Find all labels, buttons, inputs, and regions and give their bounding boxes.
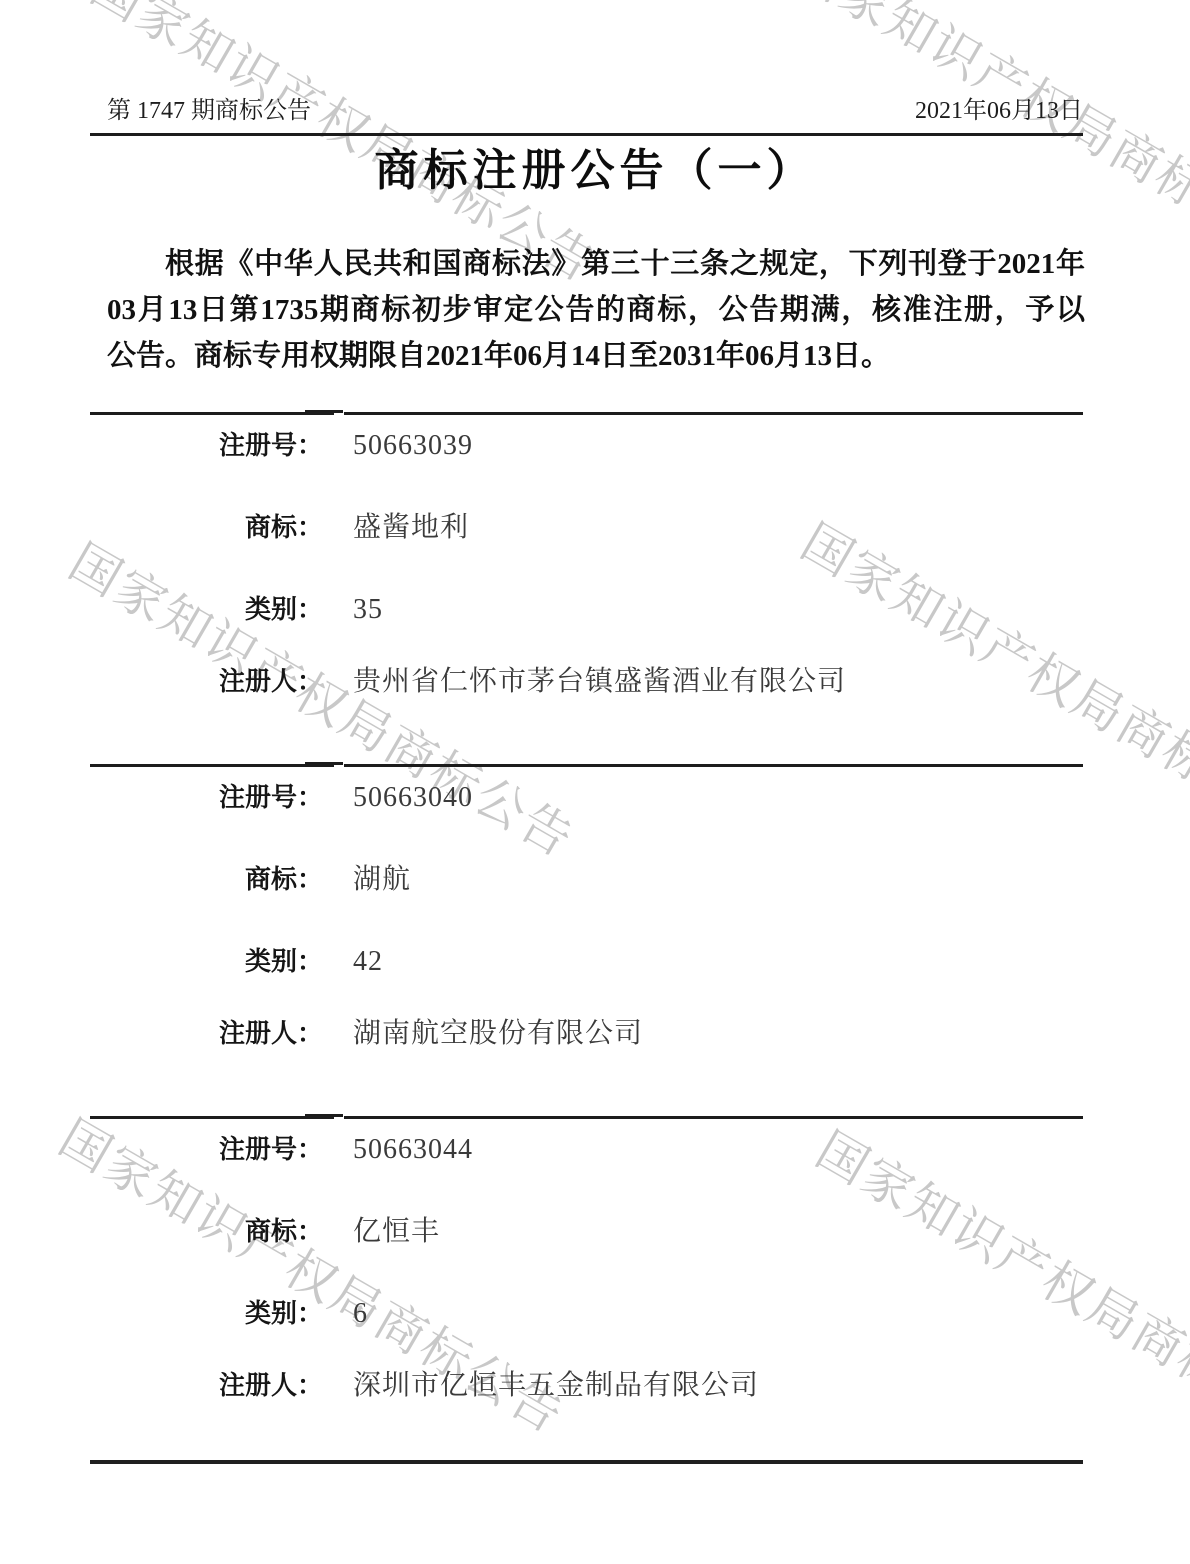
reg-no-label: 注册号： <box>90 1135 323 1165</box>
registrant-value: 贵州省仁怀市茅台镇盛酱酒业有限公司 <box>353 667 846 697</box>
trademark-label: 商标： <box>90 1217 323 1247</box>
field-row: 注册人： 深圳市亿恒丰五金制品有限公司 <box>0 1371 1190 1407</box>
field-row: 注册号： 50663040 <box>0 783 1190 819</box>
class-value: 35 <box>353 595 383 625</box>
trademark-entry: 注册号： 50663040 商标： 湖航 类别： 42 注册人： 湖南航空股份有… <box>0 783 1190 1083</box>
reg-no-value: 50663044 <box>353 1135 473 1165</box>
registrant-label: 注册人： <box>90 1371 323 1401</box>
registrant-value: 深圳市亿恒丰五金制品有限公司 <box>353 1371 759 1401</box>
registrant-label: 注册人： <box>90 667 323 697</box>
class-value: 6 <box>353 1299 368 1329</box>
class-label: 类别： <box>90 595 323 625</box>
reg-no-value: 50663039 <box>353 431 473 461</box>
trademark-label: 商标： <box>90 865 323 895</box>
reg-no-value: 50663040 <box>353 783 473 813</box>
gazette-page: 国家知识产权局商标公告 国家知识产权局商标公告 国家知识产权局商标公告 国家知识… <box>0 0 1190 1564</box>
announcement-paragraph: 根据《中华人民共和国商标法》第三十三条之规定，下列刊登于2021年 03月13日… <box>107 241 1085 379</box>
paragraph-line: 03月13日第1735期商标初步审定公告的商标，公告期满，核准注册，予以 <box>107 287 1085 333</box>
reg-no-label: 注册号： <box>90 783 323 813</box>
class-value: 42 <box>353 947 383 977</box>
field-row: 注册号： 50663039 <box>0 431 1190 467</box>
trademark-value: 亿恒丰 <box>353 1217 440 1247</box>
header-rule <box>90 133 1083 136</box>
registrant-label: 注册人： <box>90 1019 323 1049</box>
header-issue-label: 第 1747 期商标公告 <box>107 96 311 126</box>
page-content: 第 1747 期商标公告 2021年06月13日 商标注册公告（一） 根据《中华… <box>0 0 1190 1564</box>
reg-no-label: 注册号： <box>90 431 323 461</box>
paragraph-line: 根据《中华人民共和国商标法》第三十三条之规定，下列刊登于2021年 <box>107 241 1085 287</box>
field-row: 商标： 亿恒丰 <box>0 1217 1190 1253</box>
trademark-label: 商标： <box>90 513 323 543</box>
entry-separator <box>90 764 1083 767</box>
class-label: 类别： <box>90 1299 323 1329</box>
trademark-value: 湖航 <box>353 865 411 895</box>
header-date: 2021年06月13日 <box>915 96 1083 126</box>
field-row: 类别： 42 <box>0 947 1190 983</box>
field-row: 注册人： 湖南航空股份有限公司 <box>0 1019 1190 1055</box>
trademark-entry: 注册号： 50663044 商标： 亿恒丰 类别： 6 注册人： 深圳市亿恒丰五… <box>0 1135 1190 1435</box>
page-title: 商标注册公告（一） <box>0 145 1190 197</box>
field-row: 类别： 35 <box>0 595 1190 631</box>
field-row: 注册人： 贵州省仁怀市茅台镇盛酱酒业有限公司 <box>0 667 1190 703</box>
registrant-value: 湖南航空股份有限公司 <box>353 1019 643 1049</box>
trademark-entry: 注册号： 50663039 商标： 盛酱地利 类别： 35 注册人： 贵州省仁怀… <box>0 431 1190 731</box>
paragraph-line: 公告。商标专用权期限自2021年06月14日至2031年06月13日。 <box>107 333 1085 379</box>
field-row: 类别： 6 <box>0 1299 1190 1335</box>
field-row: 注册号： 50663044 <box>0 1135 1190 1171</box>
field-row: 商标： 湖航 <box>0 865 1190 901</box>
entry-separator <box>90 1116 1083 1119</box>
bottom-rule <box>90 1460 1083 1464</box>
class-label: 类别： <box>90 947 323 977</box>
entry-separator <box>90 412 1083 415</box>
field-row: 商标： 盛酱地利 <box>0 513 1190 549</box>
trademark-value: 盛酱地利 <box>353 513 469 543</box>
